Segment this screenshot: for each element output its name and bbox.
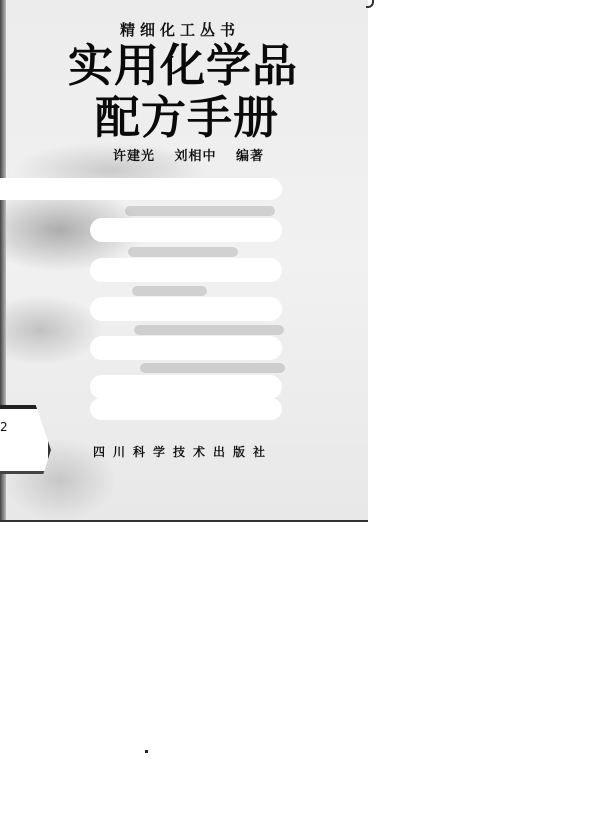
scan-speck <box>145 750 148 753</box>
publisher-name: 四川科学技术出版社 <box>93 443 273 460</box>
book-cover: 精细化工丛书 实用化学品 配方手册 许建光 刘相中 编著 四川科学技术出版社 2 <box>0 0 368 522</box>
series-name: 精细化工丛书 <box>95 19 265 40</box>
library-label-number: 2 <box>0 420 8 434</box>
scan-corner-mark <box>366 0 374 8</box>
book-title-line-1: 实用化学品 <box>68 40 300 92</box>
book-title-line-2: 配方手册 <box>95 92 295 144</box>
authors: 许建光 刘相中 编著 <box>113 145 264 164</box>
library-label <box>0 405 51 474</box>
